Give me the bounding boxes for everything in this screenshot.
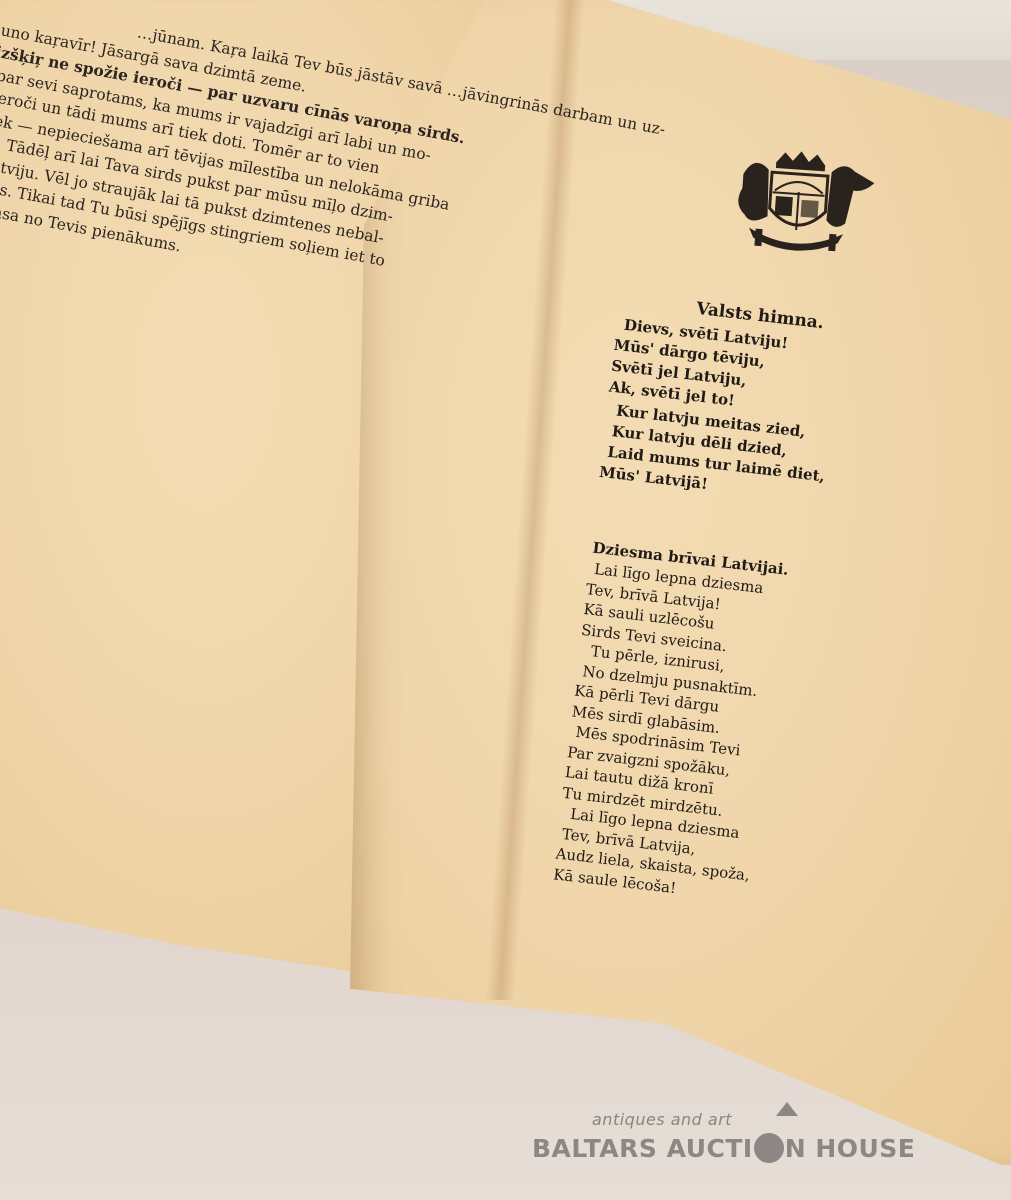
watermark-tagline: antiques and art [592, 1110, 732, 1129]
brand-text-2: N HOUSE [785, 1134, 916, 1163]
auction-house-watermark: antiques and art BALTARS AUCTIN HOUSE [532, 1110, 952, 1170]
watermark-brand: BALTARS AUCTIN HOUSE [532, 1133, 915, 1163]
brand-text-1: BALTARS AUCTI [532, 1134, 753, 1163]
crown-icon [776, 1102, 798, 1116]
globe-icon [754, 1133, 784, 1163]
coat-of-arms-icon [708, 142, 885, 264]
right-page-text: Valsts himna. Dievs, svētī Latviju! Mūs'… [598, 290, 878, 512]
song-section: Dziesma brīvai Latvijai. Lai līgo lepna … [552, 538, 850, 913]
